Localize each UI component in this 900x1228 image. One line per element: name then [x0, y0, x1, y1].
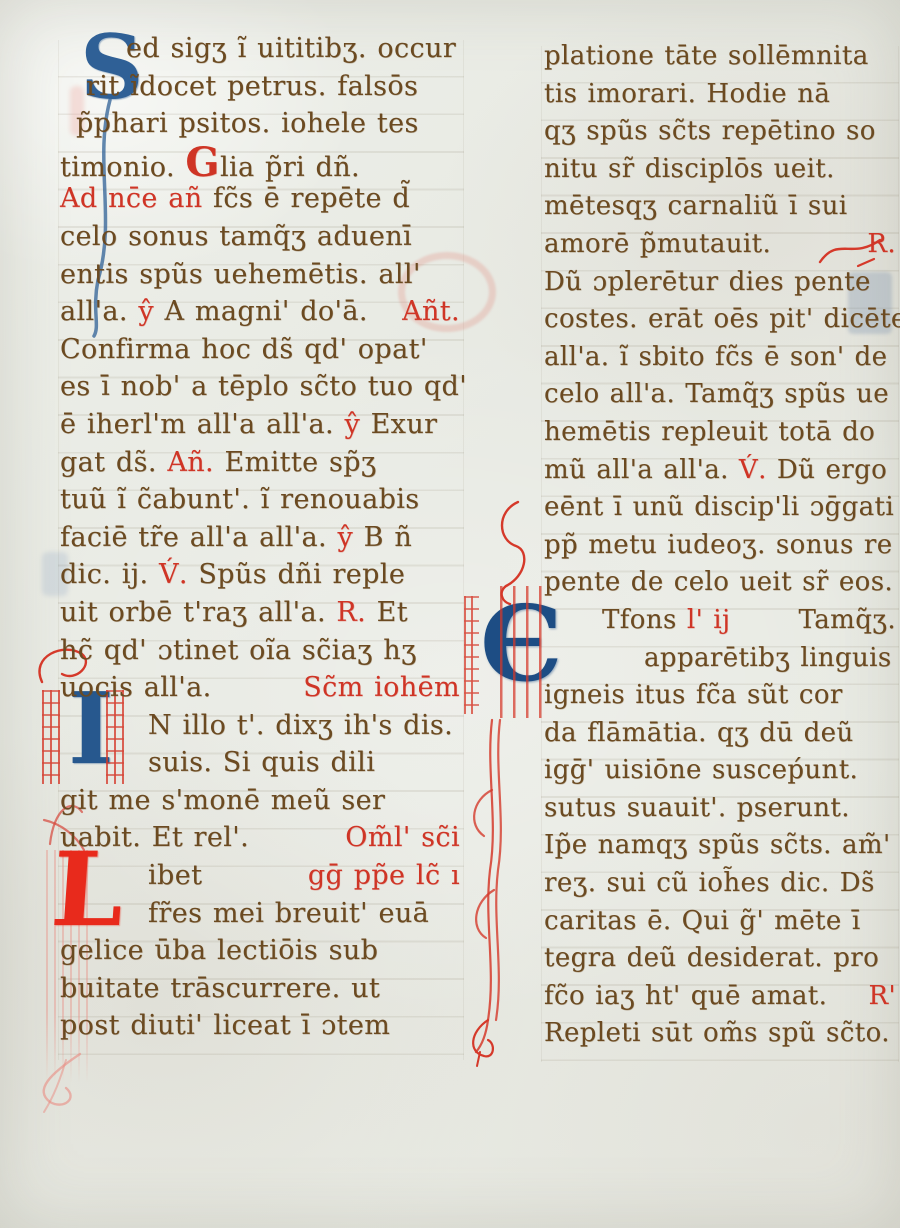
- body-text: hemētis repleuit totā do: [544, 414, 875, 452]
- body-text: git me s'monē meũ ser: [60, 782, 385, 820]
- text-line: mũ all'a all'a. V́. Dũ ergo: [544, 452, 896, 490]
- text-line: ibetgḡ pp̃e lc̃ ı: [60, 857, 460, 895]
- text-line: tegra deũ desiderat. pro: [544, 940, 896, 978]
- text-line: gat ds̃. Añ. Emitte sp̃ʒ: [60, 444, 460, 482]
- text-line: Confirma hoc ds̃ qd' opat': [60, 331, 460, 369]
- manuscript-leaf-photo: S I L Є: [0, 0, 900, 1228]
- text-line: all'a. ŷ A magni' do'ā. Añt.: [60, 293, 460, 331]
- body-text: A magni' do'ā.: [154, 293, 378, 331]
- text-line: tis imorari. Hodie nā: [544, 76, 896, 114]
- body-text: ed sigʒ ĩ uititibʒ. occur: [126, 30, 456, 68]
- penwork-curl-icon: [20, 1050, 124, 1122]
- text-line: mētesqʒ carnaliũ ī sui: [544, 188, 896, 226]
- body-text: tis imorari. Hodie nā: [544, 76, 830, 114]
- body-text: entis spũs uehemētis. all': [60, 256, 421, 294]
- text-line: reʒ. sui cũ ioh̃es dic. Ds̃: [544, 865, 896, 903]
- text-line: celo sonus tamq̃ʒ aduenī: [60, 218, 460, 256]
- text-line: timonio. Glia p̃ri dñ.: [60, 143, 460, 181]
- body-text: pente de celo ueit sr̃ eos. t: [544, 564, 900, 602]
- text-line: uabit. Et rel'. Om̃l' sc̃i: [60, 819, 460, 857]
- body-text: mētesqʒ carnaliũ ī sui: [544, 188, 847, 226]
- rubric-text: Ad nc̄e añ: [60, 180, 213, 218]
- text-line: Ad nc̄e añ fc̃s ē repēte d̃: [60, 180, 460, 218]
- text-line: rit ĩdocet petrus. falsōs: [60, 68, 460, 106]
- body-text: apparētibʒ linguis: [644, 640, 892, 678]
- text-line: ē iherl'm all'a all'a. ŷ Exur: [60, 406, 460, 444]
- rubric-text: Om̃l' sc̃i: [345, 819, 460, 857]
- text-line: Repleti sūt om̃s spũ sc̃to.: [544, 1015, 896, 1053]
- text-line: costes. erāt oēs pit' dicētes: [544, 301, 896, 339]
- body-text: fc̃s ē repēte d̃: [213, 180, 410, 218]
- body-text: hc̃ qd' ɔtinet oĩa sc̃iaʒ hʒ: [60, 632, 417, 670]
- body-text: post diuti' liceat ī ɔtem: [60, 1007, 390, 1045]
- body-text: Tamq̃ʒ.: [788, 602, 896, 640]
- body-text: platione tāte sollēmnita: [544, 38, 869, 76]
- text-line: N illo t'. dixʒ ih's dis.: [60, 707, 460, 745]
- text-line: uit orbē t'raʒ all'a. R. Et: [60, 594, 460, 632]
- text-line: eēnt ī unũ discip'li ɔḡgati: [544, 489, 896, 527]
- text-line: celo all'a. Tamq̃ʒ spũs ue: [544, 376, 896, 414]
- body-text: buitate trāscurrere. ut: [60, 970, 380, 1008]
- body-text: ē iherl'm all'a all'a.: [60, 406, 344, 444]
- body-text: ibet: [148, 857, 202, 895]
- text-column-right: platione tāte sollēmnitatis imorari. Hod…: [544, 38, 896, 1053]
- text-line: Ip̃e namqʒ spũs sc̃ts. am̃': [544, 827, 896, 865]
- rubric-text: Añt.: [402, 293, 460, 331]
- body-text: Dũ ɔplerētur dies pente: [544, 264, 871, 302]
- rubric-text: R.: [336, 594, 366, 632]
- body-text: Tfons: [602, 602, 687, 640]
- body-text: faciē tr̃e all'a all'a.: [60, 519, 337, 557]
- body-text: igḡ' uisiōne susceṕunt.: [544, 752, 858, 790]
- rubric-text: ŷ: [138, 293, 154, 331]
- body-text: sutus suauit'. pserunt.: [544, 790, 850, 828]
- body-text: dic. ij.: [60, 556, 159, 594]
- rubric-text: R': [868, 978, 896, 1016]
- rubric-text: gḡ pp̃e lc̃ ı: [308, 857, 460, 895]
- body-text: uit orbē t'raʒ all'a.: [60, 594, 336, 632]
- body-text: Et: [366, 594, 408, 632]
- body-text: suis. Si quis dili: [148, 744, 375, 782]
- text-line: all'a. ĩ sbito fc̃s ē son' de: [544, 339, 896, 377]
- body-text: Confirma hoc ds̃ qd' opat': [60, 331, 428, 369]
- text-line: Dũ ɔplerētur dies pente: [544, 264, 896, 302]
- text-line: hemētis repleuit totā do: [544, 414, 896, 452]
- body-text: amorē p̃mutauit.: [544, 226, 781, 264]
- body-text: mũ all'a all'a.: [544, 452, 739, 490]
- penwork-comb-icon: [42, 690, 60, 784]
- body-text: uocis all'a.: [60, 669, 222, 707]
- text-line: da flāmātia. qʒ dū deũ: [544, 715, 896, 753]
- rubric-text: V́.: [159, 556, 188, 594]
- body-text: pp̃ metu iudeoʒ. sonus re: [544, 527, 893, 565]
- text-line: fc̃o iaʒ ht' quē amat. R': [544, 978, 896, 1016]
- body-text: p̃phari psitos. iohele tes: [76, 105, 419, 143]
- body-text: Spũs dñi reple: [188, 556, 405, 594]
- body-text: tuũ ĩ c̃abunt'. ĩ renouabis: [60, 481, 420, 519]
- text-line: caritas ē. Qui g̃' mēte ī: [544, 903, 896, 941]
- body-text: caritas ē. Qui g̃' mēte ī: [544, 903, 861, 941]
- text-column-left: ed sigʒ ĩ uititibʒ. occurrit ĩdocet petr…: [60, 30, 460, 1045]
- text-line: apparētibʒ linguis: [544, 640, 896, 678]
- body-text: gat ds̃.: [60, 444, 167, 482]
- body-text: qʒ spũs sc̃ts repētino so: [544, 113, 876, 151]
- text-line: qʒ spũs sc̃ts repētino so: [544, 113, 896, 151]
- rubric-text: G: [185, 143, 220, 183]
- body-text: eēnt ī unũ discip'li ɔḡgati: [544, 489, 894, 527]
- rubric-text: ŷ: [337, 519, 353, 557]
- body-text: es ī nob' a tēplo sc̃to tuo qd': [60, 368, 467, 406]
- body-text: costes. erāt oēs pit' dicētes: [544, 301, 900, 339]
- text-line: buitate trāscurrere. ut: [60, 970, 460, 1008]
- body-text: Ip̃e namqʒ spũs sc̃ts. am̃': [544, 827, 891, 865]
- text-line: Tfons l' ij Tamq̃ʒ.: [544, 602, 896, 640]
- text-line: fr̃es mei breuit' euā: [60, 895, 460, 933]
- text-line: uocis all'a. Sc̃m iohēm: [60, 669, 460, 707]
- body-text: igneis itus fc̃a sũt cor: [544, 677, 843, 715]
- text-line: igneis itus fc̃a sũt cor: [544, 677, 896, 715]
- body-text: uabit. Et rel'.: [60, 819, 260, 857]
- body-text: da flāmātia. qʒ dū deũ: [544, 715, 854, 753]
- text-line: ed sigʒ ĩ uititibʒ. occur: [60, 30, 460, 68]
- body-text: Exur: [360, 406, 437, 444]
- body-text: celo all'a. Tamq̃ʒ spũs ue: [544, 376, 889, 414]
- body-text: Dũ ergo: [767, 452, 887, 490]
- text-line: sutus suauit'. pserunt.: [544, 790, 896, 828]
- body-text: reʒ. sui cũ ioh̃es dic. Ds̃: [544, 865, 875, 903]
- text-line: pente de celo ueit sr̃ eos. t: [544, 564, 896, 602]
- rubric-text: Añ.: [167, 444, 214, 482]
- text-line: git me s'monē meũ ser: [60, 782, 460, 820]
- body-text: N illo t'. dixʒ ih's dis.: [148, 707, 453, 745]
- text-line: gelice ūba lectiōis sub: [60, 932, 460, 970]
- text-line: suis. Si quis dili: [60, 744, 460, 782]
- body-text: all'a.: [60, 293, 138, 331]
- text-line: faciē tr̃e all'a all'a. ŷ B ñ: [60, 519, 460, 557]
- body-text: nitu sr̃ disciplōs ueit.: [544, 151, 835, 189]
- text-line: pp̃ metu iudeoʒ. sonus re: [544, 527, 896, 565]
- text-line: p̃phari psitos. iohele tes: [60, 105, 460, 143]
- text-line: dic. ij. V́. Spũs dñi reple: [60, 556, 460, 594]
- rubric-text: R.: [867, 226, 896, 264]
- body-text: fc̃o iaʒ ht' quē amat.: [544, 978, 837, 1016]
- body-text: Repleti sūt om̃s spũ sc̃to.: [544, 1015, 890, 1053]
- text-line: platione tāte sollēmnita: [544, 38, 896, 76]
- penwork-cascade-flourish: [458, 640, 534, 1068]
- text-line: amorē p̃mutauit. R.: [544, 226, 896, 264]
- text-line: entis spũs uehemētis. all': [60, 256, 460, 294]
- body-text: celo sonus tamq̃ʒ aduenī: [60, 218, 412, 256]
- rubric-text: ŷ: [344, 406, 360, 444]
- text-line: es ī nob' a tēplo sc̃to tuo qd': [60, 368, 460, 406]
- body-text: gelice ūba lectiōis sub: [60, 932, 378, 970]
- body-text: tegra deũ desiderat. pro: [544, 940, 879, 978]
- rubric-text: l' ij: [687, 602, 731, 640]
- text-line: nitu sr̃ disciplōs ueit.: [544, 151, 896, 189]
- rubric-text: Sc̃m iohēm: [303, 669, 460, 707]
- body-text: B ñ: [353, 519, 412, 557]
- body-text: fr̃es mei breuit' euā: [148, 895, 429, 933]
- body-text: all'a. ĩ sbito fc̃s ē son' de: [544, 339, 887, 377]
- text-line: hc̃ qd' ɔtinet oĩa sc̃iaʒ hʒ: [60, 632, 460, 670]
- text-line: tuũ ĩ c̃abunt'. ĩ renouabis: [60, 481, 460, 519]
- text-line: post diuti' liceat ī ɔtem: [60, 1007, 460, 1045]
- body-text: rit ĩdocet petrus. falsōs: [86, 68, 418, 106]
- rubric-text: V́.: [739, 452, 767, 490]
- text-line: igḡ' uisiōne susceṕunt.: [544, 752, 896, 790]
- body-text: Emitte sp̃ʒ: [214, 444, 377, 482]
